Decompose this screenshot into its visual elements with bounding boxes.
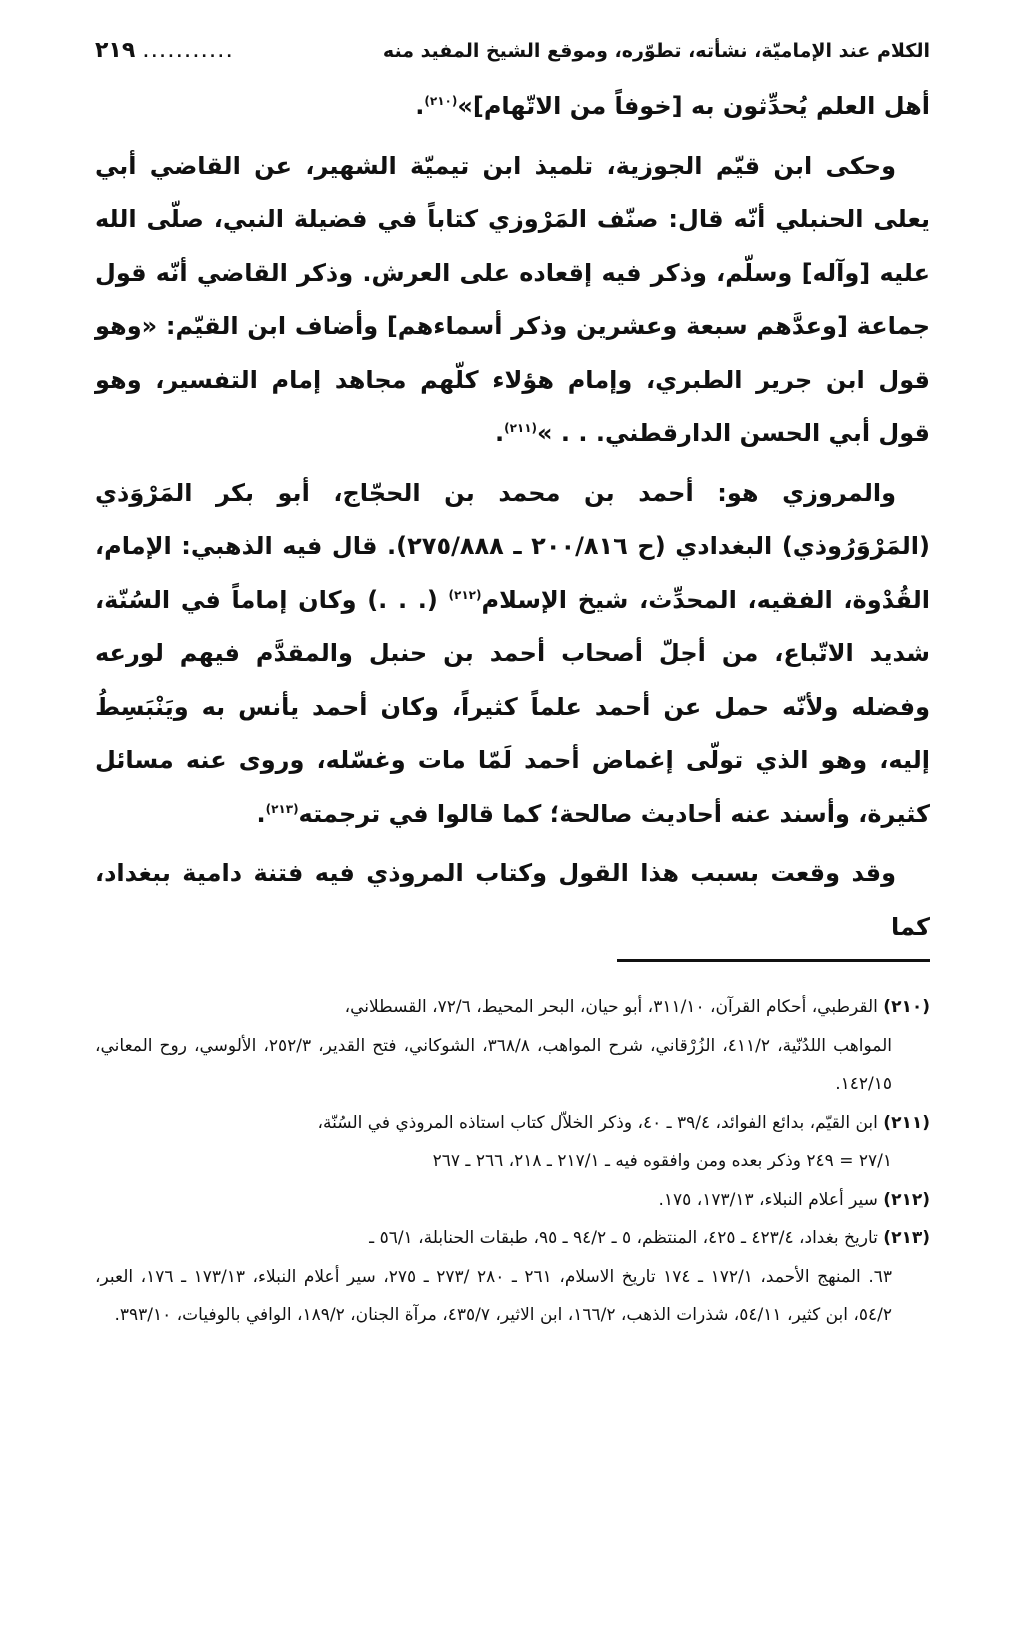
paragraph: والمروزي هو: أحمد بن محمد بن الحجّاج، أب… <box>95 467 930 842</box>
footnote-text: تاريخ بغداد، ٤٢٣/٤ ـ ٤٢٥، المنتظم، ٥ ـ ٩… <box>369 1228 878 1248</box>
paragraph: أهل العلم يُحدِّثون به [خوفاً من الاتّها… <box>95 80 930 134</box>
running-header: الكلام عند الإماميّة، نشأته، تطوّره، ومو… <box>95 38 930 78</box>
main-text: أهل العلم يُحدِّثون به [خوفاً من الاتّها… <box>95 80 930 954</box>
footnotes: (٢١٠) القرطبي، أحكام القرآن، ٣١١/١٠، أبو… <box>95 988 930 1335</box>
leader-dots: ........... <box>143 45 375 61</box>
footnote-reference[interactable]: (٢١٠) <box>424 94 457 108</box>
footnote-number: (٢١٠) <box>883 997 930 1017</box>
footnote-text: القرطبي، أحكام القرآن، ٣١١/١٠، أبو حيان،… <box>345 997 878 1017</box>
footnote-text: سير أعلام النبلاء، ١٧٣/١٣، ١٧٥. <box>659 1190 878 1210</box>
footnote-reference[interactable]: (٢١١) <box>504 421 537 435</box>
footnote-213: (٢١٣) تاريخ بغداد، ٤٢٣/٤ ـ ٤٢٥، المنتظم،… <box>95 1219 930 1335</box>
footnote-text: ابن القيّم، بدائع الفوائد، ٣٩/٤ ـ ٤٠، وذ… <box>318 1113 878 1133</box>
page-number: ٢١٩ <box>95 38 135 63</box>
footnote-separator <box>617 959 930 962</box>
footnote-continuation: المواهب اللدُنّية، ٤١١/٢، الزُرْقاني، شر… <box>95 1027 930 1104</box>
footnote-number: (٢١٢) <box>883 1190 930 1210</box>
document-page: الكلام عند الإماميّة، نشأته، تطوّره، ومو… <box>95 38 930 954</box>
footnote-212: (٢١٢) سير أعلام النبلاء، ١٧٣/١٣، ١٧٥. <box>95 1181 930 1220</box>
footnote-211: (٢١١) ابن القيّم، بدائع الفوائد، ٣٩/٤ ـ … <box>95 1104 930 1181</box>
footnote-number: (٢١٣) <box>883 1228 930 1248</box>
paragraph: وحكى ابن قيّم الجوزية، تلميذ ابن تيميّة … <box>95 140 930 461</box>
footnote-continuation: ٦٣. المنهج الأحمد، ١٧٢/١ ـ ١٧٤ تاريخ الا… <box>95 1258 930 1335</box>
paragraph: وقد وقعت بسبب هذا القول وكتاب المروذي في… <box>95 847 930 954</box>
footnote-number: (٢١١) <box>883 1113 930 1133</box>
footnote-210: (٢١٠) القرطبي، أحكام القرآن، ٣١١/١٠، أبو… <box>95 988 930 1104</box>
chapter-title: الكلام عند الإماميّة، نشأته، تطوّره، ومو… <box>383 40 930 62</box>
footnote-reference[interactable]: (٢١٢) <box>449 588 482 602</box>
footnote-continuation: ٢٧/١ = ٢٤٩ وذكر بعده ومن وافقوه فيه ـ ٢١… <box>95 1142 930 1181</box>
footnote-reference[interactable]: (٢١٣) <box>266 802 299 816</box>
